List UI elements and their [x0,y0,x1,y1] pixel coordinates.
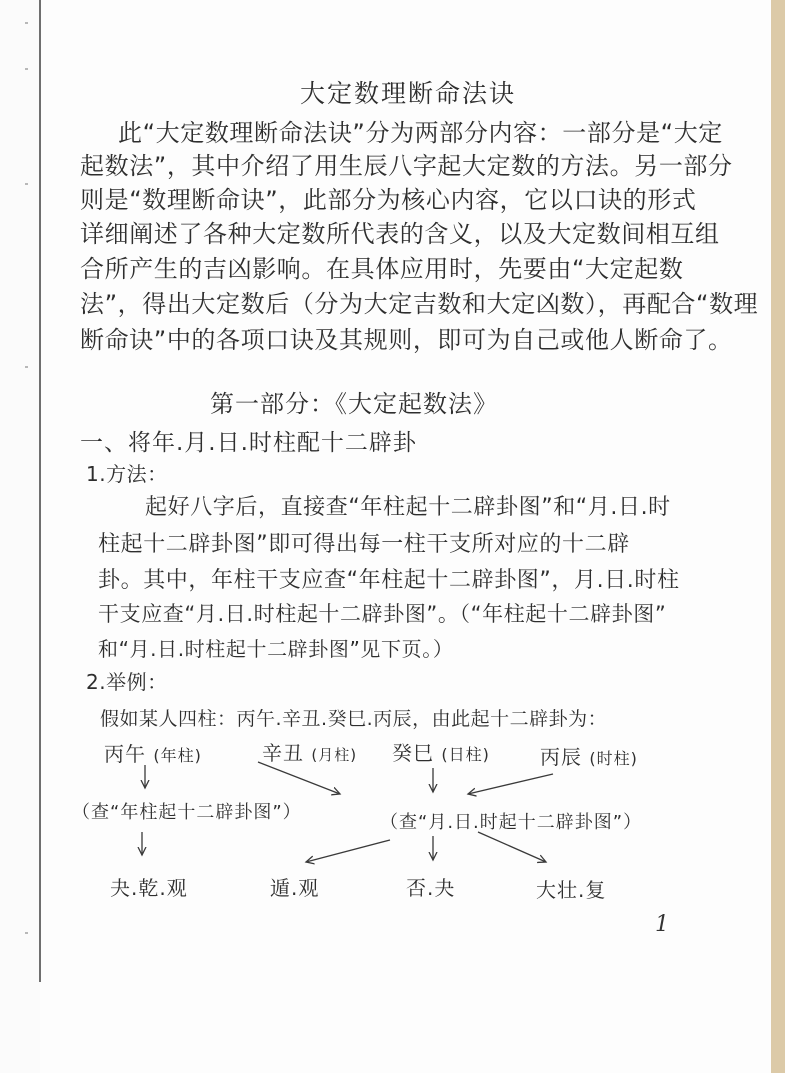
example-label: 2.举例： [86,666,168,695]
paragraph-line: 断命诀”中的各项口诀及其规则，即可为自己或他人断命了。 [80,320,733,355]
result-month: 遁.观 [270,872,319,901]
pillar-hour: 丙辰 (时柱) [540,741,638,770]
pillar-month: 辛丑 (月柱) [262,737,357,766]
result-day: 否.夬 [406,872,455,901]
paragraph-line: 此“大定数理断命法诀”分为两部分内容：一部分是“大定 [118,113,723,148]
pillar-label: (时柱) [589,749,638,768]
pillar-year: 丙午 (年柱) [104,738,202,767]
arrow-diagonal-icon [258,762,340,794]
paragraph-line: 详细阐述了各种大定数所代表的含义，以及大定数间相互组 [80,214,720,249]
pillar-label: (年柱) [153,746,202,765]
arrow-diagonal-icon [306,840,390,862]
lookup-month-day-hour-chart: （查“月.日.时起十二辟卦图”） [380,808,642,834]
lookup-year-chart: （查“年柱起十二辟卦图”） [72,798,302,824]
document-page: 大定数理断命法诀 此“大定数理断命法诀”分为两部分内容：一部分是“大定 起数法”… [0,0,771,1073]
section-heading: 一、将年.月.日.时柱配十二辟卦 [80,424,417,457]
paragraph-line: 法”，得出大定数后（分为大定吉数和大定凶数），再配合“数理 [80,284,758,319]
arrow-diagonal-icon [468,774,553,794]
page-number: 1 [655,912,669,937]
paragraph-line: 干支应查“月.日.时柱起十二辟卦图”。（“年柱起十二辟卦图” [98,598,666,628]
result-hour: 大壮.复 [536,874,606,903]
pillar-label: (日柱) [441,745,490,764]
page-title: 大定数理断命法诀 [300,74,516,110]
paragraph-line: 柱起十二辟卦图”即可得出每一柱干支所对应的十二辟 [98,527,630,558]
stem-branch: 辛丑 [262,741,304,765]
paragraph-line: 和“月.日.时柱起十二辟卦图”见下页。） [98,633,453,662]
pillar-label: (月柱) [311,746,357,764]
stem-branch: 丙午 [104,742,146,766]
paragraph-line: 卦。其中，年柱干支应查“年柱起十二辟卦图”，月.日.时柱 [98,563,680,594]
paragraph-line: 起好八字后，直接查“年柱起十二辟卦图”和“月.日.时 [145,490,671,521]
arrow-diagonal-icon [478,832,546,862]
pillar-day: 癸巳 (日柱) [392,737,490,766]
result-year: 夬.乾.观 [110,872,188,901]
example-intro: 假如某人四柱：丙午.辛丑.癸巳.丙辰，由此起十二辟卦为： [100,704,607,731]
part-heading: 第一部分：《大定起数法》 [210,384,498,419]
stem-branch: 癸巳 [392,741,434,765]
paragraph-line: 起数法”，其中介绍了用生辰八字起大定数的方法。另一部分 [80,146,733,181]
paragraph-line: 合所产生的吉凶影响。在具体应用时，先要由“大定起数 [80,249,683,284]
paragraph-line: 则是“数理断命诀”，此部分为核心内容，它以口诀的形式 [80,180,696,215]
method-label: 1.方法： [86,458,168,487]
scan-right-edge [771,0,785,1073]
stem-branch: 丙辰 [540,745,582,769]
